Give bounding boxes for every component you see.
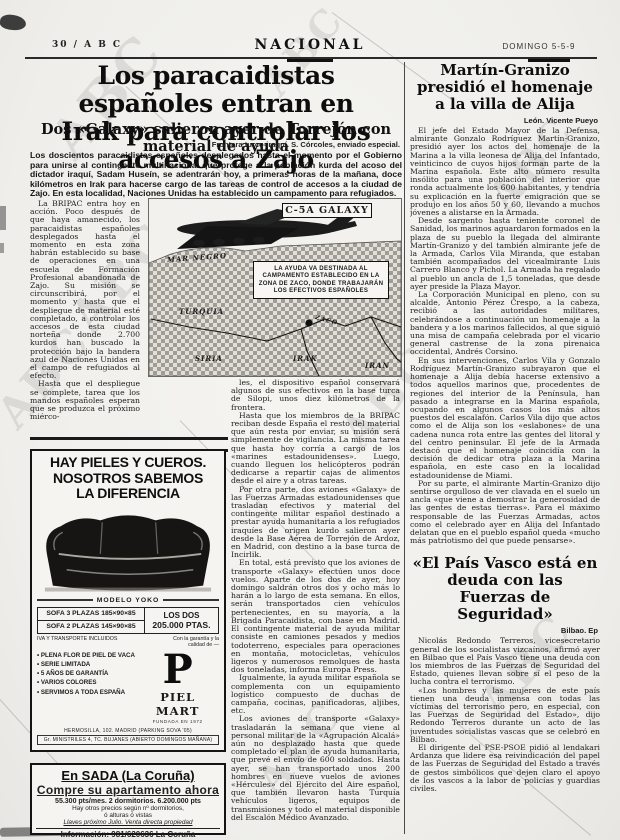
newspaper-page: { "header": { "page_number": "30 / A B C…	[0, 0, 620, 840]
article-paragraph: Nicolás Redondo Terreros, vicesecretario…	[410, 637, 600, 686]
model-dash	[37, 599, 93, 601]
sada-title: En SADA (La Coruña)	[36, 768, 220, 783]
map-label-iran: IRAN	[365, 361, 390, 370]
scan-ink-blob	[0, 13, 27, 31]
right-article-2: «El País Vasco está en deuda con las Fue…	[410, 555, 600, 793]
body-column-2: les, el dispositivo español conservará a…	[231, 379, 400, 836]
brand-initial: P	[136, 651, 219, 689]
map-label-siria: SIRIA	[195, 354, 223, 363]
model-dash	[163, 599, 219, 601]
sofa-model: MODELO YOKO	[97, 597, 160, 604]
article-byline: León. Vicente Pueyo	[410, 116, 598, 125]
brand-name: PIEL MART	[136, 690, 219, 718]
article-paragraph: La BRIPAC entra hoy en acción. Poco desp…	[30, 200, 140, 380]
body-column-1: La BRIPAC entra hoy en acción. Poco desp…	[30, 200, 140, 435]
sada-line: ó alturas ó vistas	[36, 812, 220, 819]
sada-price-line: 55.300 pts/mes. 2 dormitorios. 6.200.000…	[36, 798, 220, 805]
main-headline-line1: Los paracaidistas españoles entran en	[30, 62, 402, 118]
article-paragraph: El jefe del Estado Mayor de la Defensa, …	[410, 127, 600, 217]
ad-bullet: SERVIMOS A TODA ESPAÑA	[37, 688, 136, 697]
price-total: LOS DOS 205.000 PTAS.	[144, 608, 218, 633]
article-headline: Martín-Granizo presidió el homenaje a la…	[412, 62, 598, 113]
scan-edge-mark	[0, 243, 4, 253]
price-row: SOFA 3 PLAZAS 185×90×85	[38, 608, 144, 621]
scan-edge-mark	[0, 206, 6, 230]
article-paragraph: Igualmente, la ayuda militar española se…	[231, 674, 400, 715]
ad-piel-mart: HAY PIELES Y CUEROS. NOSOTROS SABEMOS LA…	[30, 449, 226, 752]
article-paragraph: Desde sargento hasta teniente coronel de…	[410, 217, 600, 291]
ad-bullet-list: PLENA FLOR DE PIEL DE VACA SERIE LIMITAD…	[37, 651, 136, 724]
page-number: 30 / A B C	[52, 40, 122, 50]
price-row: SOFA 2 PLAZAS 145×90×85	[38, 621, 144, 633]
illustration-label: C-5A GALAXY	[282, 203, 372, 218]
map-label-turquia: TURQUIA	[179, 307, 224, 316]
article-paragraph: En total, está previsto que los aviones …	[231, 559, 400, 674]
article-paragraph: Hasta que los miembros de la BRIPAC reci…	[231, 412, 400, 486]
illustration-caption: LA AYUDA VA DESTINADA AL CAMPAMENTO ESTA…	[253, 261, 389, 299]
article-paragraph: En sus intervenciones, Carlos Vila y Gon…	[410, 357, 600, 480]
map-label-irak: IRAK	[293, 354, 318, 363]
sada-line: Llaves próximo Julio. Venta directa prop…	[36, 819, 220, 826]
price-value: 205.000 PTAS.	[145, 620, 218, 630]
page-date: DOMINGO 5-5-9	[480, 42, 598, 51]
ad-title-line: HAY PIELES Y CUEROS.	[37, 455, 219, 471]
sada-line: Hay otros precios según nº dormitorios,	[36, 805, 220, 812]
ad-sada: En SADA (La Coruña) Compre su apartament…	[30, 763, 226, 835]
brand-logo: P PIEL MART FUNDADA EN 1972	[136, 651, 219, 724]
price-label: LOS DOS	[145, 611, 218, 620]
ad-bullet: 5 AÑOS DE GARANTÍA	[37, 669, 136, 678]
article-paragraph: El dirigente del PSE-PSOE pidió al lenda…	[410, 744, 600, 793]
article-paragraph: Hasta que el despliegue se complete, tar…	[30, 380, 140, 421]
article-paragraph: Por su parte, el almirante Martín-Graniz…	[410, 480, 600, 546]
sofa-model-row: MODELO YOKO	[37, 597, 219, 604]
article-paragraph: Los aviones de transporte «Galaxy» trasl…	[231, 715, 400, 822]
article-paragraph: Por otra parte, dos aviones «Galaxy» de …	[231, 486, 400, 560]
ad-title: HAY PIELES Y CUEROS. NOSOTROS SABEMOS LA…	[37, 455, 219, 502]
address-line: Gr. MINISTRILES 4, TC. BUJANES (ABIERTO …	[37, 735, 219, 745]
ad-title-line: NOSOTROS SABEMOS	[37, 471, 219, 487]
ad-bullet: PLENA FLOR DE PIEL DE VACA	[37, 651, 136, 660]
brand-subtitle: FUNDADA EN 1972	[136, 719, 219, 724]
ad-note-left: IVA Y TRANSPORTE INCLUIDOS	[37, 636, 117, 648]
galaxy-illustration: C-5A GALAXY LA AYUDA VA DESTINADA AL CAM…	[148, 198, 402, 377]
article-paragraph: La Corporación Municipal en pleno, con s…	[410, 291, 600, 357]
section-title: NACIONAL	[240, 37, 380, 53]
price-table: SOFA 3 PLAZAS 185×90×85 SOFA 2 PLAZAS 14…	[37, 607, 219, 634]
lead-paragraph: Los doscientos paracaidistas españoles d…	[30, 151, 402, 199]
right-article-1: Martín-Granizo presidió el homenaje a la…	[410, 62, 600, 545]
column-divider	[404, 62, 405, 834]
sofa-image	[39, 504, 217, 596]
article-headline: «El País Vasco está en deuda con las Fue…	[412, 555, 598, 623]
article-byline: Bilbao. Ep	[410, 626, 598, 635]
article-paragraph: «Los hombres y las mujeres de este país …	[410, 687, 600, 744]
ad-bullet: SERIE LIMITADA	[37, 660, 136, 669]
ad-title-line: LA DIFERENCIA	[37, 486, 219, 502]
sada-phone: Información: 981/620636 La Coruña	[36, 828, 220, 839]
ad-bullet: VARIOS COLORES	[37, 678, 136, 687]
main-byline: Frontera turco-iraquí. S. Córcoles, envi…	[30, 140, 400, 149]
article-paragraph: les, el dispositivo español conservará a…	[231, 379, 400, 412]
right-column: Martín-Granizo presidió el homenaje a la…	[410, 62, 600, 834]
address-line: HERMOSILLA, 102. MADRID (PARKING SOVA '0…	[37, 728, 219, 734]
sada-subtitle: Compre su apartamento ahora	[36, 783, 220, 797]
